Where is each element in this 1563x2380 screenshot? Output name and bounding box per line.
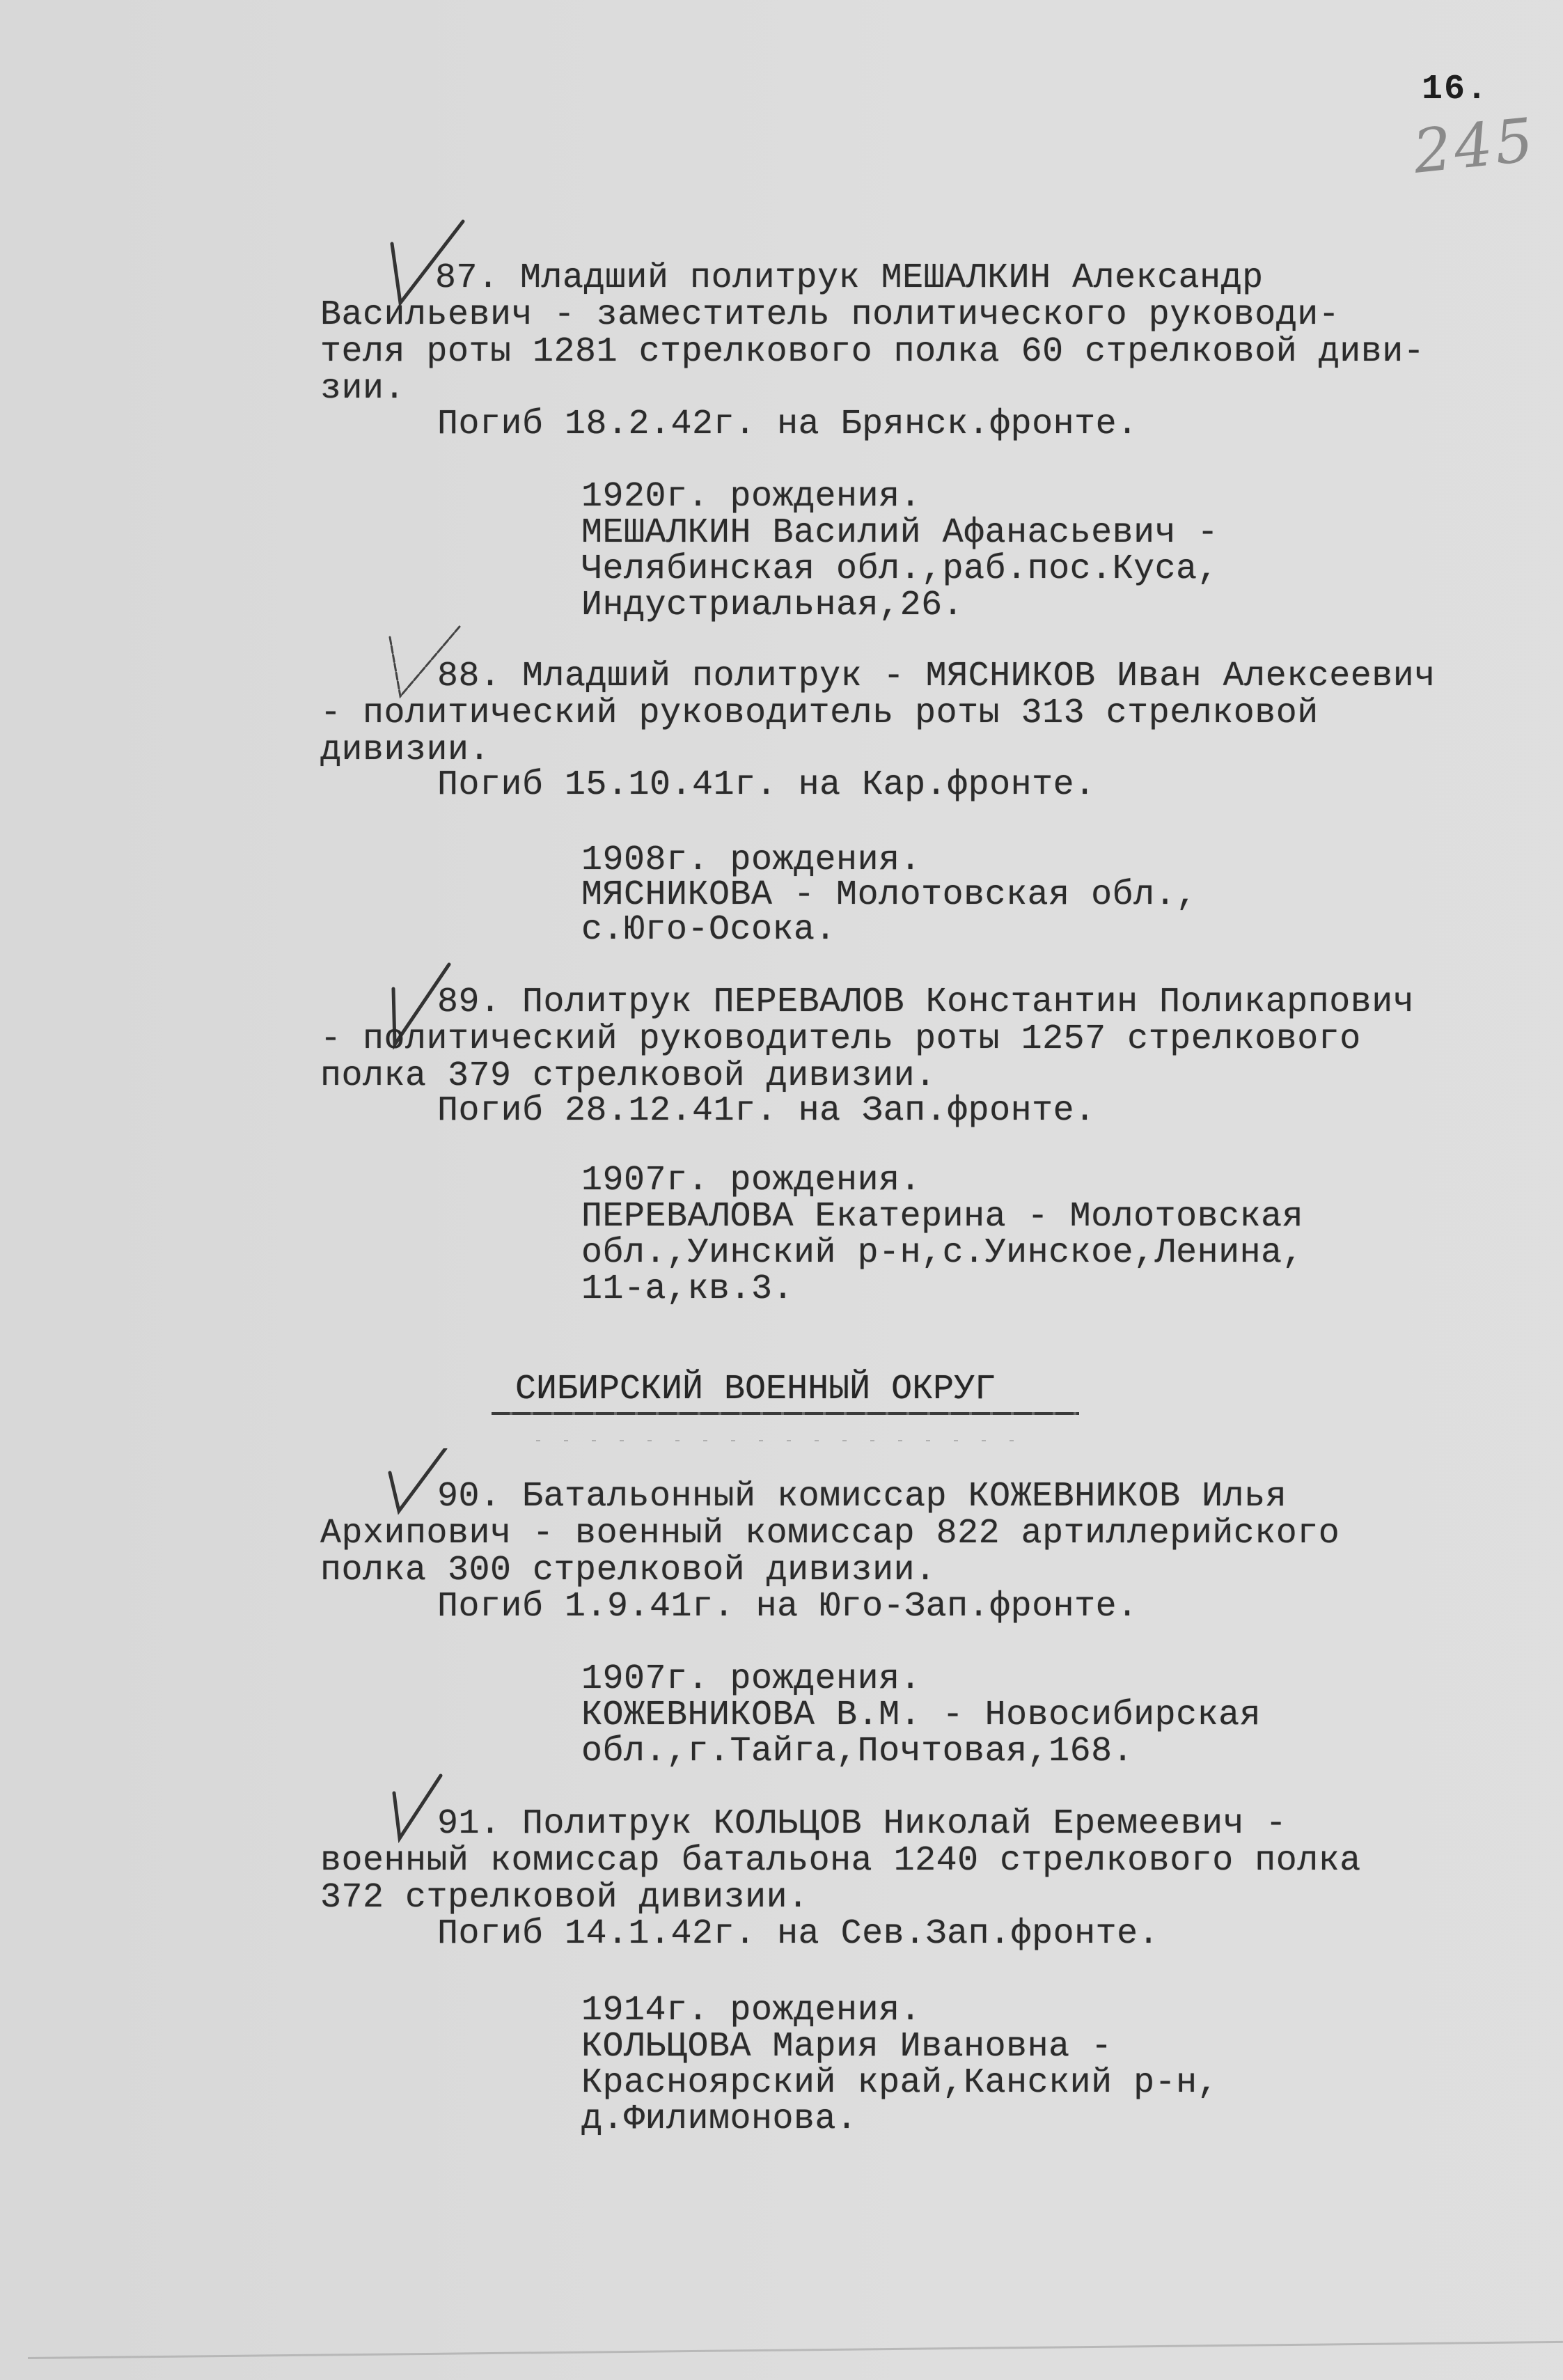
entry-90-birth: 1907г. рождения.	[581, 1660, 921, 1699]
entry-88-relative-2: с.Юго-Осока.	[581, 911, 836, 950]
page-edge	[28, 2341, 1563, 2359]
entry-87-relative-2: Челябинская обл.,раб.пос.Куса,	[581, 550, 1218, 589]
entry-90-line-1: 90. Батальонный комиссар КОЖЕВНИКОВ Илья	[437, 1478, 1287, 1517]
entry-91-death: Погиб 14.1.42г. на Сев.Зап.фронте.	[437, 1915, 1159, 1954]
entry-89-relative-2: обл.,Уинский р-н,с.Уинское,Ленина,	[581, 1234, 1303, 1273]
entry-91-birth: 1914г. рождения.	[581, 1991, 921, 2030]
entry-91-line-1: 91. Политрук КОЛЬЦОВ Николай Еремеевич -	[437, 1805, 1287, 1844]
handwritten-archive-number: 245	[1410, 105, 1539, 187]
entry-87-line-3: теля роты 1281 стрелкового полка 60 стре…	[320, 333, 1424, 372]
entry-90-relative-1: КОЖЕВНИКОВА В.М. - Новосибирская	[581, 1696, 1261, 1735]
entry-88-death: Погиб 15.10.41г. на Кар.фронте.	[437, 766, 1096, 805]
entry-88-line-3: дивизии.	[320, 731, 490, 770]
entry-90-death: Погиб 1.9.41г. на Юго-Зап.фронте.	[437, 1588, 1138, 1627]
entry-89-relative-3: 11-а,кв.3.	[581, 1270, 794, 1309]
entry-87-line-4: зии.	[320, 370, 405, 409]
entry-91-line-3: 372 стрелковой дивизии.	[320, 1879, 809, 1918]
entry-90-line-2: Архипович - военный комиссар 822 артилле…	[320, 1514, 1340, 1553]
document-page: 16. 245 87. Младший политрук МЕШАЛКИН Ал…	[0, 0, 1563, 2380]
entry-87-relative-1: МЕШАЛКИН Василий Афанасьевич -	[581, 514, 1218, 553]
entry-88-line-1: 88. Младший политрук - МЯСНИКОВ Иван Але…	[437, 657, 1436, 696]
entry-89-death: Погиб 28.12.41г. на Зап.фронте.	[437, 1092, 1096, 1131]
entry-87-line-2: Васильевич - заместитель политического р…	[320, 296, 1340, 335]
divider	[536, 1440, 1037, 1441]
entry-91-relative-2: Красноярский край,Канский р-н,	[581, 2064, 1218, 2103]
entry-88-line-2: - политический руководитель роты 313 стр…	[320, 694, 1319, 733]
entry-89-birth: 1907г. рождения.	[581, 1161, 921, 1200]
entry-91-relative-1: КОЛЬЦОВА Мария Ивановна -	[581, 2028, 1113, 2067]
entry-88-birth: 1908г. рождения.	[581, 841, 921, 880]
page-number: 16.	[1422, 70, 1489, 109]
entry-88-relative-1: МЯСНИКОВА - Молотовская обл.,	[581, 876, 1197, 915]
entry-91-line-2: военный комиссар батальона 1240 стрелков…	[320, 1842, 1361, 1881]
entry-87-birth: 1920г. рождения.	[581, 478, 921, 517]
entry-87-line-1: 87. Младший политрук МЕШАЛКИН Александр	[435, 259, 1264, 298]
entry-89-line-3: полка 379 стрелковой дивизии.	[320, 1057, 936, 1096]
entry-89-line-1: 89. Политрук ПЕРЕВАЛОВ Константин Полика…	[437, 983, 1414, 1022]
section-heading: СИБИРСКИЙ ВОЕННЫЙ ОКРУГ	[515, 1370, 996, 1409]
entry-87-death: Погиб 18.2.42г. на Брянск.фронте.	[437, 405, 1138, 444]
entry-89-relative-1: ПЕРЕВАЛОВА Екатерина - Молотовская	[581, 1198, 1303, 1237]
entry-89-line-2: - политический руководитель роты 1257 ст…	[320, 1020, 1361, 1059]
section-heading-underline	[492, 1412, 1079, 1415]
entry-90-relative-2: обл.,г.Тайга,Почтовая,168.	[581, 1732, 1133, 1771]
entry-90-line-3: полка 300 стрелковой дивизии.	[320, 1551, 936, 1590]
entry-87-relative-3: Индустриальная,26.	[581, 586, 964, 625]
entry-91-relative-3: д.Филимонова.	[581, 2100, 858, 2139]
